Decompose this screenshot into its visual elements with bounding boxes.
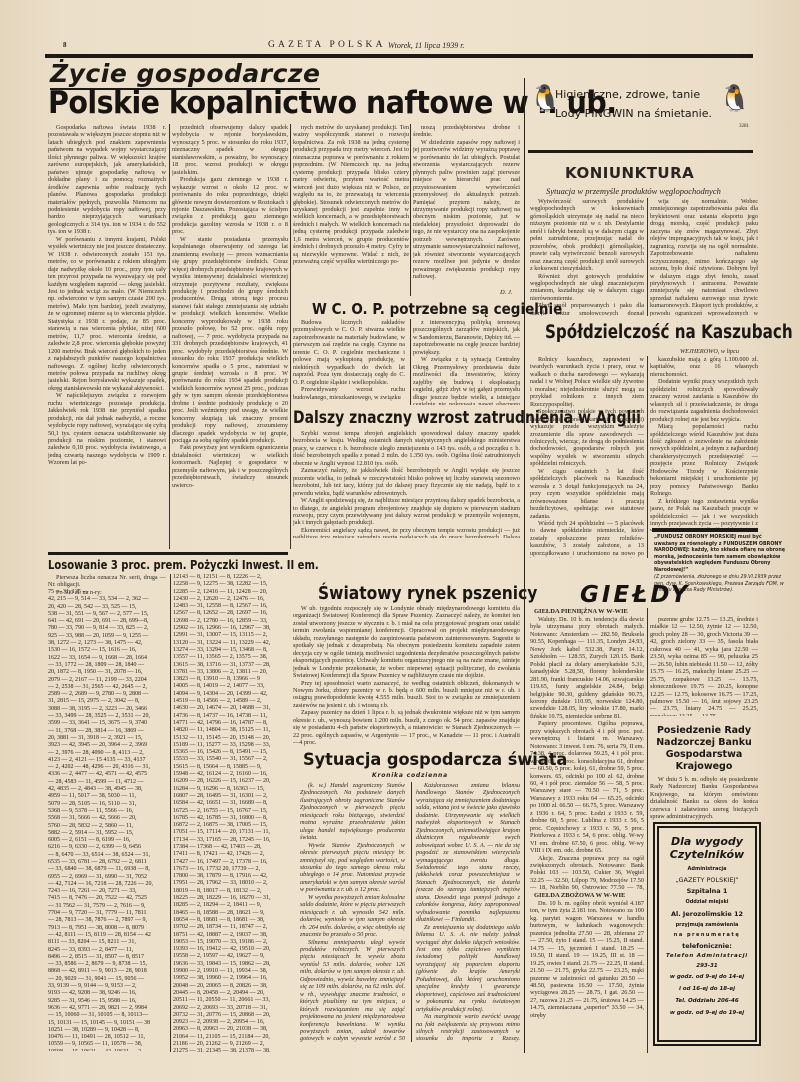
article-text: pszenne grube 12.75 — 13.25, średnie i m…: [650, 616, 758, 716]
losowanie-col2: 12143 — 8, 12151 — 8, 12226 — 2, 12258 —…: [173, 574, 288, 1052]
koniunktura-col1: Wytwórczość surowych produktów węglopoch…: [530, 198, 644, 316]
kaszuby-headline: Spółdzielczość na Kaszubach: [545, 322, 793, 343]
article-text: W Anglii spodziewają się, że najbliższe …: [293, 497, 520, 527]
koniunktura-col2: wija się normalnie. Wobec zmniejszonego …: [650, 198, 758, 316]
article-signature: D. J.: [500, 289, 512, 296]
box-line: 293-31: [659, 961, 755, 971]
section-rule: [528, 150, 753, 153]
sytuacja-col2: Każdorazowa zmiana bilansu handlowego St…: [416, 782, 520, 1042]
box-line: Oddział miejski: [659, 897, 755, 908]
gieldy-col2: pszenne grube 12.75 — 13.25, średnie i m…: [650, 616, 758, 716]
fon-quote: „FUNDUSZ OBRONY MORSKIEJ musi być uważan…: [654, 535, 786, 574]
gieldy-col1b: Dn. 10 b. m. ogólny obrót wyniósł 4.187 …: [530, 900, 644, 1048]
pszenica-body: W ub. tygodniu rozpoczęły się w Londynie…: [293, 605, 520, 747]
anglia-body: Szybki wzrost tempa zbrojeń angielskich …: [293, 430, 520, 538]
kaszuby-col1: Rolnicy kaszubscy, zaprawieni w twardych…: [530, 356, 644, 558]
main-article-col4: noszą przedsiębiorstwa drobne i średnie.…: [413, 124, 520, 284]
box-line: telefonicznie:: [659, 940, 755, 952]
article-text: W związku z tą sytuacją Centralny Okręg …: [413, 356, 520, 405]
main-article-col3: nych metrów do uzyskanej produkcji. Ten …: [293, 124, 409, 296]
subscription-box: Dla wygody Czytelników Administracja „GA…: [657, 826, 757, 1042]
sytuacja-subtitle: Kronika codzienna: [372, 772, 448, 779]
article-text: kaszubskie mają z górą 1.100.000 zł. kap…: [650, 356, 758, 378]
article-text: Przewidywany wzrost ruchu budowlanego, m…: [293, 386, 405, 401]
column-divider: [170, 574, 171, 1052]
box-line: „GAZETY POLSKIEJ”: [659, 875, 755, 885]
page-column-divider: [524, 78, 525, 1053]
article-text: W dziedzinie zapasów ropy naftowej i jej…: [413, 139, 520, 281]
box-line: i od 16-ej do 18-ej: [659, 983, 755, 995]
article-text: Akcje. Znaczna poprawa przy na ogół zwię…: [530, 855, 644, 893]
article-text: Szybki wzrost tempa zbrojeń angielskich …: [293, 430, 520, 467]
article-text: Miarą popularności ruchu spółdzielczego …: [650, 423, 758, 498]
column-divider: [169, 124, 170, 549]
article-text: Papiery procentowe. Ogólna poprawa, przy…: [530, 720, 644, 854]
box-title1: Dla wygody: [659, 836, 755, 848]
article-text: Dodatnie wyniki pracy wszystkich tych sp…: [650, 378, 758, 423]
sytuacja-headline: Sytuacja gospodarcza świata: [303, 750, 567, 770]
article-text: Ze zmniejszenia się dodatniego salda bil…: [416, 924, 520, 1013]
box-line: w godz. od 9-ej do 14-ej: [659, 971, 755, 983]
article-text: Na marginesie warto zwrócić uwagę na fak…: [416, 1013, 520, 1042]
article-text: przednich obserwujemy dalszy spadek wydo…: [172, 124, 288, 176]
column-divider: [647, 356, 648, 558]
column-divider: [647, 198, 648, 316]
gieldy-col1: Waluty. Dn. 10 b. m. tendencja dla dewiz…: [530, 616, 644, 892]
column-divider: [290, 124, 291, 549]
page-number: 8: [63, 41, 67, 49]
article-text: nych metrów do uzyskanej produkcji. Ten …: [293, 124, 409, 266]
kaszuby-col2: kaszubskie mają z górą 1.100.000 zł. kap…: [650, 356, 758, 531]
article-text: Wśród tych 24 spółdzielni — 5 placówek t…: [530, 520, 644, 558]
penguin-icon: 🐧: [719, 86, 751, 112]
main-article-col2: przednich obserwujemy dalszy spadek wydo…: [172, 124, 288, 549]
article-text: Dn. 10 b. m. ogólny obrót wyniósł 4.187 …: [530, 900, 644, 1019]
article-text: Zbyt smół preparowanych i paku dla fabry…: [530, 302, 644, 316]
box-line: Al. Jerozolimskie 12: [659, 908, 755, 920]
cop-col2: z interwencyjną polityką terenową poszcz…: [413, 319, 520, 405]
posiedzenie-headline: Posiedzenie Rady Nadzorczej Banku Gospod…: [648, 725, 760, 773]
box-line: Administracja: [659, 864, 755, 875]
article-text: W najściślejszym związku z rozwojem ruch…: [48, 392, 166, 467]
article-text: Każdorazowa zmiana bilansu handlowego St…: [416, 782, 520, 924]
article-text: Wytwórczość surowych produktów węglopoch…: [530, 198, 644, 273]
article-text: Z krótkiego tego zestawienia wynika jasn…: [650, 498, 758, 531]
box-title2: Czytelników: [659, 848, 755, 861]
box-line: Telefon Administracji: [659, 952, 755, 961]
article-text: Budowa licznych zakładów przemysłowych w…: [293, 319, 405, 386]
article-text: wija się normalnie. Wobec zmniejszonego …: [650, 198, 758, 316]
article-text: Ekonomiści angielscy sądzą nawet, że prz…: [293, 527, 520, 538]
article-text: Silnemu zmniejszeniu uległ wywóz produkt…: [300, 939, 405, 1042]
article-text: noszą przedsiębiorstwa drobne i średnie.: [413, 124, 520, 139]
article-text: Zapasy pszenicy na dzień 1 lipca r. b. s…: [293, 709, 520, 746]
column-divider: [647, 608, 648, 1053]
kaszuby-dateline: WEJHEROWO, w lipcu: [680, 348, 739, 355]
main-article-col1: Gospodarka naftowa świata 1938 r. pozost…: [48, 124, 166, 549]
issue-date: Wtorek, 11 lipca 1939 r.: [388, 41, 464, 50]
article-text: W stanie posiadania przemysłu kopalniane…: [172, 236, 288, 445]
article-text: W ub. tygodniu rozpoczęły się w Londynie…: [293, 605, 520, 680]
article-text: W ciągu ostatnich 3 lat ilość spółdzielc…: [530, 468, 644, 520]
newspaper-page: 8 GAZETA POLSKA Wtorek, 11 lipca 1939 r.…: [0, 0, 800, 1082]
gielda-pieniezna-title: GIEŁDA PIENIĘŻNA W W-WIE: [534, 608, 628, 615]
article-text: Zaznaczyć należy, że jakkolwiek ilość be…: [293, 467, 520, 497]
box-line: Szpitalna 1: [659, 885, 755, 897]
article-text: Również zbyt gotowych produktów węglopoc…: [530, 273, 644, 303]
gieldy-headline: GIEŁDY: [580, 582, 690, 608]
article-text: (k. w.) Handel zagraniczny Stanów Zjedno…: [300, 782, 405, 842]
koniunktura-subtitle: Sytuacja w przemyśle produktów węglopoch…: [546, 186, 721, 196]
box-line: Tel. Oddziału 206-46: [659, 995, 755, 1007]
pszenica-headline: Światowy rynek pszenicy: [318, 583, 537, 604]
article-text: W wyniku powyższych zmian kolosalne sald…: [300, 894, 405, 939]
article-text: Rolnicy kaszubscy, zaprawieni w twardych…: [530, 356, 644, 408]
ad-rule: [652, 528, 758, 532]
article-text: W porównaniu z innymi krajami, Polski wy…: [48, 236, 166, 393]
pingwin-advertisement: 🐧 Higieniczne, zdrowe, tanie Lody PINGWI…: [525, 80, 753, 142]
box-line: przyjmują zamówienia: [659, 920, 755, 930]
posiedzenie-body: W dniu 5 b. m. odbyło się posiedzenie Ra…: [650, 776, 758, 822]
ad-code: 3281: [739, 124, 749, 129]
cop-col1: Budowa licznych zakładów przemysłowych w…: [293, 319, 405, 405]
koniunktura-title: KONIUNKTURA: [565, 164, 694, 182]
article-text: Gospodarka naftowa świata 1938 r. pozost…: [48, 124, 166, 236]
losowanie-col1: 75 — 31, 135 — 42, 215 — 9, 514 — 33, 53…: [48, 589, 168, 1051]
gielda-zbozowa-title: GIEŁDA ZBOŻOWA W W-WIE: [534, 892, 625, 899]
article-text: W dniu 5 b. m. odbyło się posiedzenie Ra…: [650, 776, 758, 821]
article-text: Waluty. Dn. 10 b. m. tendencja dla dewiz…: [530, 616, 644, 720]
article-text: Fakt powyższy jest wynikiem ograniczenia…: [172, 444, 288, 489]
column-divider: [410, 124, 411, 296]
article-text: Wywóz Stanów Zjednoczonych w okresie pie…: [300, 842, 405, 894]
intro-text: Pierwsza liczba oznacza Nr. serii, druga…: [48, 574, 166, 589]
article-text: z interwencyjną polityką terenową poszcz…: [413, 319, 520, 356]
ad-line1: Higieniczne, zdrowe, tanie: [555, 88, 700, 101]
article-text: Społeczeństwo polskie w tych powiatach k…: [530, 408, 644, 468]
column-divider: [410, 319, 411, 405]
article-text: Produkcja gazu ziemnego w 1938 r. wykazu…: [172, 176, 288, 236]
newspaper-title: GAZETA POLSKA: [268, 40, 386, 50]
main-headline: Polskie kopalnictwo naftowe w r. ub.: [48, 86, 480, 120]
section-rule: [48, 552, 288, 555]
masthead-rule: [45, 54, 753, 58]
article-text: Przy tej sposobności warto zaznaczyć, że…: [293, 680, 520, 710]
ad-line2: Lody PINGWIN na śmietanie.: [555, 107, 712, 120]
column-divider: [411, 782, 412, 1042]
losowanie-headline: Losowanie 3 proc. prem. Pożyczki Inwest.…: [48, 557, 319, 572]
box-line: w godz. od 9-ej do 19-ej: [659, 1007, 755, 1019]
sytuacja-col1: (k. w.) Handel zagraniczny Stanów Zjedno…: [300, 782, 405, 1042]
box-line: na prenumeratę: [659, 930, 755, 940]
